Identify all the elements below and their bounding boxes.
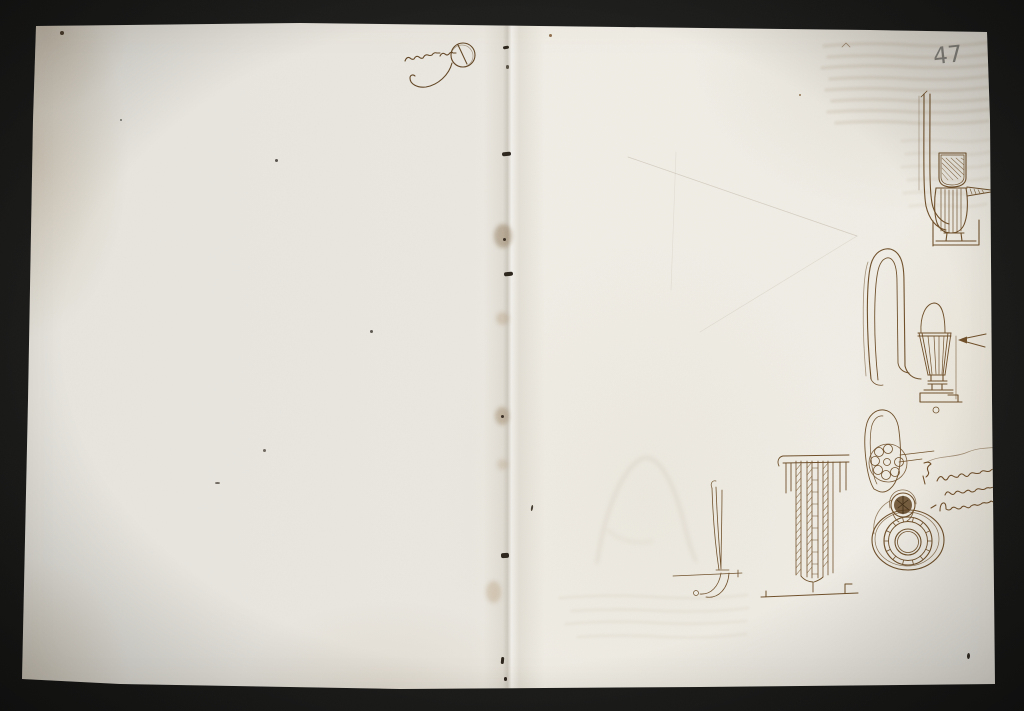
baseline (761, 584, 858, 597)
pointer-dart (962, 334, 986, 347)
bent-pipe (867, 249, 921, 379)
fold-stain (494, 224, 512, 248)
show-through-text-bottom (560, 595, 748, 638)
hatch-a (796, 464, 801, 575)
paper-speck (530, 505, 533, 511)
page-number: 47 (932, 41, 964, 70)
flourish-tail (410, 63, 452, 87)
spout (967, 187, 991, 196)
t-head (783, 455, 849, 463)
note-line-3 (931, 501, 996, 511)
column-walls (796, 461, 833, 578)
paper-speck (370, 330, 373, 333)
fold-stitch-mark (503, 46, 509, 50)
fold-stitch-mark (504, 272, 513, 277)
fold-stain-dot (503, 238, 506, 241)
paper-speck (60, 31, 64, 35)
sketch-vessel-with-tall-pipe (919, 91, 991, 246)
fold-stitch-mark (504, 677, 507, 681)
fold-stain (486, 581, 501, 603)
construction-lines (628, 152, 857, 332)
fold-stain (497, 459, 508, 470)
sketch-tapered-post (673, 481, 742, 597)
sketch-cylindrical-section (761, 455, 858, 597)
stand (933, 220, 979, 246)
manuscript-photo: 47 (0, 0, 1024, 711)
small-mark (933, 407, 939, 413)
folio-page: 47 (0, 0, 1024, 711)
radial-ticks (884, 518, 932, 565)
fold-stitch-mark (506, 65, 509, 69)
note-line-2 (945, 487, 994, 495)
paper-speck (549, 34, 552, 37)
fold-stitch-mark (501, 553, 509, 558)
hatched-box (939, 153, 966, 187)
sketch-link-with-balls (865, 410, 1012, 492)
fold-stain (496, 312, 509, 325)
wavy-reference-line (927, 444, 1012, 462)
flourish-circle (451, 43, 475, 67)
top-inscription (405, 43, 475, 87)
ink-drawings: 47 (0, 0, 1024, 711)
arch (921, 303, 945, 333)
fold-stain-dot (501, 415, 504, 418)
paper-speck (799, 94, 801, 96)
paper-speck (263, 449, 266, 452)
show-through-text-faint (902, 139, 992, 207)
fold-stitch-mark (502, 152, 511, 157)
show-through-text (822, 42, 992, 124)
fold-stitch-mark (501, 657, 505, 664)
ghost-figure (597, 458, 696, 563)
sketch-fluted-vessel-on-pedestal (863, 249, 986, 413)
paper-speck (120, 119, 122, 121)
base-slab (920, 390, 962, 402)
ladder-rungs (812, 468, 818, 574)
sketch-ring-dial (872, 490, 944, 570)
ink-caret (842, 43, 850, 47)
note-line-1 (937, 468, 1003, 481)
shaded-knob (891, 493, 915, 517)
paper-speck (967, 653, 970, 659)
paper-speck (275, 159, 278, 162)
pedestal (928, 375, 947, 390)
marginal-note (923, 462, 1003, 511)
hatch-b (807, 462, 812, 573)
fluted-cup (918, 333, 951, 336)
hatch-c (823, 463, 828, 567)
paper-speck (215, 482, 220, 484)
